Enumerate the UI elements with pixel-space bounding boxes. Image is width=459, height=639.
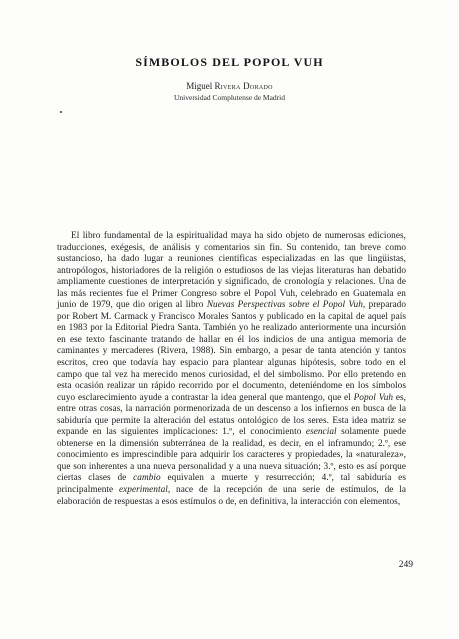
author-last-name: Rivera Dorado [214,81,272,91]
scan-artifact-dot [60,111,62,113]
scanned-paper-page: SÍMBOLOS DEL POPOL VUH Miguel Rivera Dor… [0,0,459,639]
body-text-run-italic: cambio [133,473,161,483]
body-text-run-italic: esencial [306,427,337,437]
page-number: 249 [399,560,413,570]
body-text-run-italic: Popol Vuh [354,393,393,403]
body-text-run-italic: Nuevas Perspectivas sobre el Popol Vuh [207,300,363,310]
article-title: SÍMBOLOS DEL POPOL VUH [0,55,459,70]
body-text-run: El libro fundamental de la espiritualida… [57,231,406,310]
author-line: Miguel Rivera Dorado [0,81,459,91]
body-text-run-italic: experimental [119,485,168,495]
article-body-paragraph: El libro fundamental de la espiritualida… [57,231,406,508]
author-first-name: Miguel [186,81,212,91]
author-affiliation: Universidad Complutense de Madrid [0,93,459,102]
body-text-run: , preparado por Robert M. Carmack y Fran… [57,300,406,402]
